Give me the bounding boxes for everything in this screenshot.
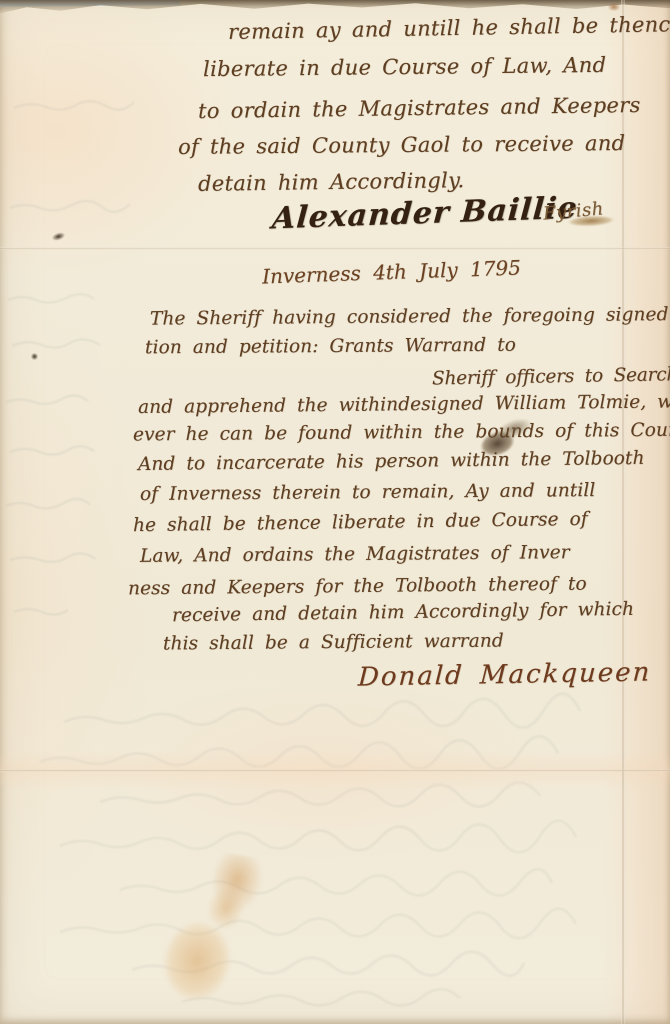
ink-smear	[561, 213, 622, 228]
lower-fold-warm-band	[0, 750, 670, 790]
manuscript-line: liberate in due Course of Law, And	[203, 53, 607, 81]
manuscript-line: Sheriff officers to Search for	[432, 364, 670, 390]
ink-speck	[51, 231, 66, 242]
manuscript-line: ness and Keepers for the Tolbooth thereo…	[128, 574, 587, 600]
lower-fold-crease	[0, 769, 670, 772]
signature-alexander-baillie: Alexander Baillie	[271, 191, 579, 237]
manuscript-line: of Inverness therein to remain, Ay and u…	[140, 480, 596, 505]
manuscript-line: remain ay and untill he shall be thence	[228, 12, 670, 44]
ink-speck	[31, 353, 38, 360]
manuscript-line: The Sheriff having considered the forego…	[150, 303, 670, 329]
manuscript-line: this shall be a Sufficient warrand	[163, 631, 504, 655]
scan-canvas: remain ay and untill he shall be thence …	[0, 0, 670, 1024]
upper-fold-crease	[0, 247, 670, 250]
paper-stain	[150, 844, 280, 1015]
manuscript-line: detain him Accordingly.	[198, 168, 465, 196]
dateline: Inverness 4th July 1795	[262, 255, 522, 288]
manuscript-line: to ordain the Magistrates and Keepers	[198, 93, 641, 123]
paper-spot	[608, 3, 620, 11]
manuscript-line: tion and petition: Grants Warrand to	[145, 335, 516, 359]
manuscript-line: receive and detain him Accordingly for w…	[172, 599, 634, 626]
document-page: remain ay and untill he shall be thence …	[0, 0, 670, 1024]
paper-torn-top-edge	[0, 0, 670, 15]
manuscript-line: of the said County Gaol to receive and	[178, 131, 626, 159]
manuscript-line: And to incarcerate his person within the…	[138, 448, 645, 475]
manuscript-line: Law, And ordains the Magistrates of Inve…	[140, 542, 570, 567]
manuscript-line: ever he can be found within the bounds o…	[133, 420, 670, 446]
signature-donald-mackqueen: Donald Mackqueen	[357, 657, 652, 692]
manuscript-line: and apprehend the withindesigned William…	[138, 391, 670, 418]
manuscript-line: he shall be thence liberate in due Cours…	[133, 509, 588, 536]
